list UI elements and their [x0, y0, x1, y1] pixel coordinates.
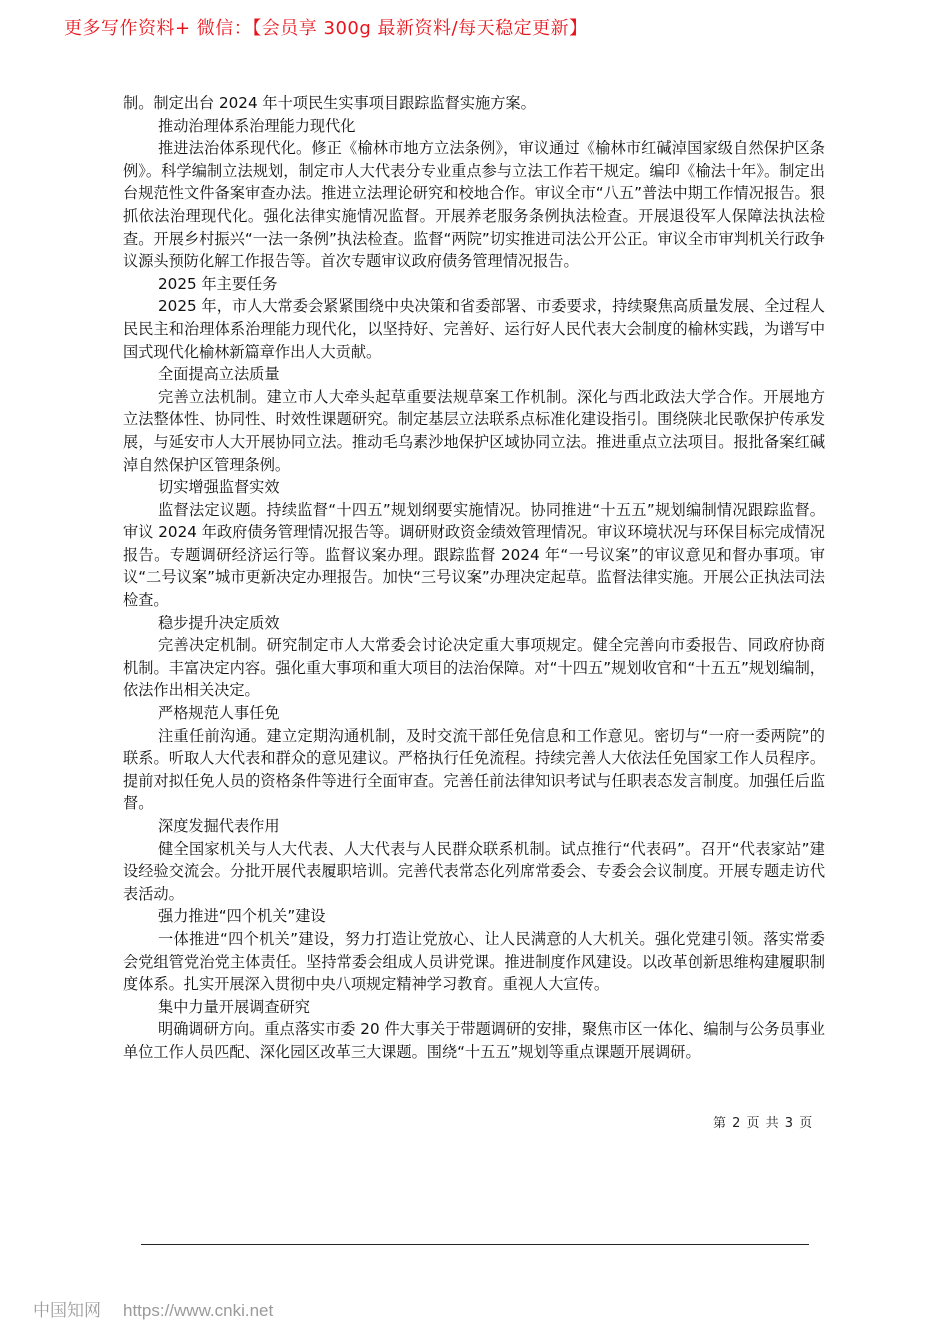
page-number: 第 2 页 共 3 页: [713, 1112, 813, 1131]
paragraph: 注重任前沟通。建立定期沟通机制，及时交流干部任免信息和工作意见。密切与“一府一委…: [123, 725, 825, 815]
section-heading: 集中力量开展调查研究: [123, 996, 825, 1019]
paragraph: 推进法治体系现代化。修正《榆林市地方立法条例》，审议通过《榆林市红碱淖国家级自然…: [123, 137, 825, 273]
footer-watermark: 中国知网https://www.cnki.net: [33, 1296, 295, 1321]
paragraph: 完善立法机制。建立市人大牵头起草重要法规草案工作机制。深化与西北政法大学合作。开…: [123, 386, 825, 476]
document-body: 制。制定出台 2024 年十项民生实事项目跟踪监督实施方案。 推动治理体系治理能…: [123, 92, 825, 1064]
paragraph-continuation: 制。制定出台 2024 年十项民生实事项目跟踪监督实施方案。: [123, 92, 825, 115]
site-url: https://www.cnki.net: [123, 1301, 273, 1320]
paragraph: 监督法定议题。持续监督“十四五”规划纲要实施情况。协同推进“十五五”规划编制情况…: [123, 499, 825, 612]
section-heading: 深度发掘代表作用: [123, 815, 825, 838]
paragraph: 一体推进“四个机关”建设，努力打造让党放心、让人民满意的人大机关。强化党建引领。…: [123, 928, 825, 996]
section-heading: 2025 年主要任务: [123, 273, 825, 296]
section-heading: 稳步提升决定质效: [123, 612, 825, 635]
section-heading: 强力推进“四个机关”建设: [123, 905, 825, 928]
section-heading: 严格规范人事任免: [123, 702, 825, 725]
footer-divider: [141, 1244, 809, 1245]
section-heading: 推动治理体系治理能力现代化: [123, 115, 825, 138]
paragraph: 完善决定机制。研究制定市人大常委会讨论决定重大事项规定。健全完善向市委报告、同政…: [123, 634, 825, 702]
promo-banner: 更多写作资料+ 微信：【会员享 300g 最新资料/每天稳定更新】: [64, 14, 588, 40]
paragraph: 健全国家机关与人大代表、人大代表与人民群众联系机制。试点推行“代表码”。召开“代…: [123, 838, 825, 906]
paragraph: 明确调研方向。重点落实市委 20 件大事关于带题调研的安排，聚焦市区一体化、编制…: [123, 1018, 825, 1063]
section-heading: 全面提高立法质量: [123, 363, 825, 386]
site-name: 中国知网: [33, 1301, 101, 1320]
section-heading: 切实增强监督实效: [123, 476, 825, 499]
paragraph: 2025 年，市人大常委会紧紧围绕中央决策和省委部署、市委要求，持续聚焦高质量发…: [123, 295, 825, 363]
